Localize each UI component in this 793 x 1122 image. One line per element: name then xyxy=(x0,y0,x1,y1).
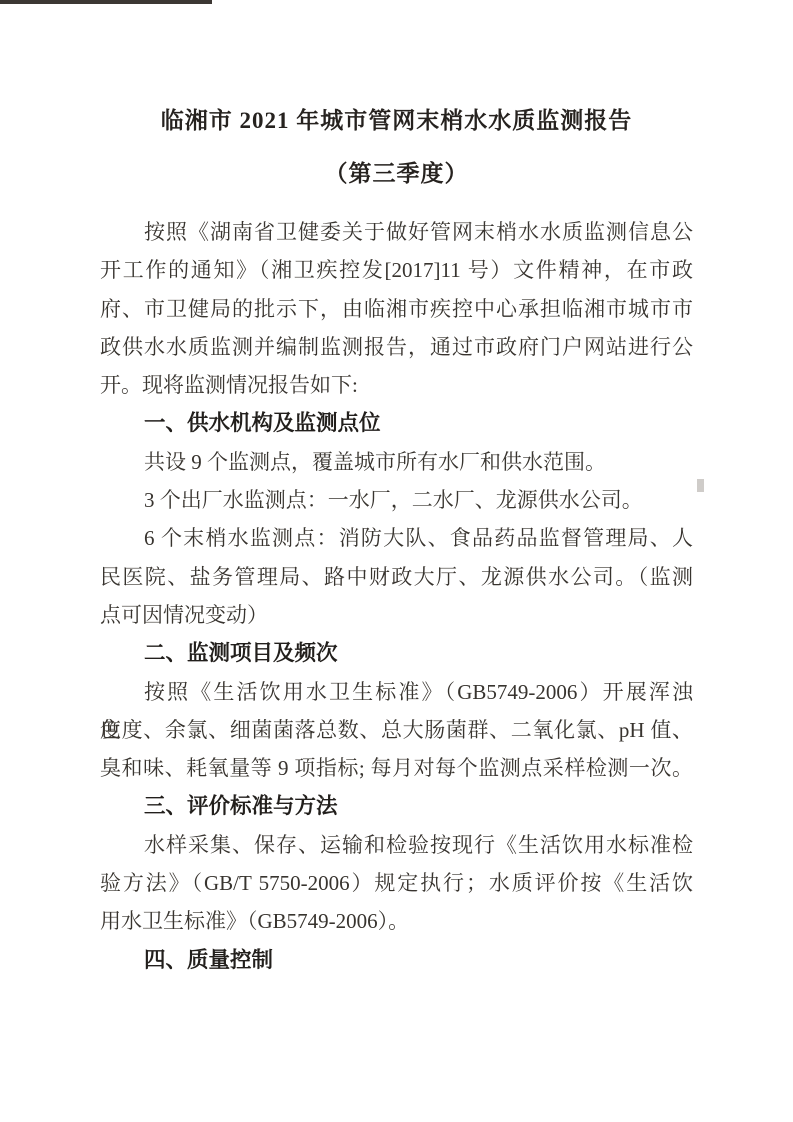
scan-artifact-top-edge xyxy=(0,0,212,4)
paragraph-line: 验方法》（GB/T 5750-2006）规定执行；水质评价按《生活饮 xyxy=(100,864,693,902)
paragraph-line: 3 个出厂水监测点：一水厂，二水厂、龙源供水公司。 xyxy=(100,481,693,519)
section-heading: 三、评价标准与方法 xyxy=(100,787,693,825)
paragraph-line: 开。现将监测情况报告如下: xyxy=(100,366,693,404)
paragraph-line: 臭和味、耗氧量等 9 项指标; 每月对每个监测点采样检测一次。 xyxy=(100,749,693,787)
paragraph-line: 按照《生活饮用水卫生标准》（GB5749-2006）开展浑浊度、 xyxy=(100,673,693,711)
document-subtitle: （第三季度） xyxy=(0,158,793,190)
section-heading: 四、质量控制 xyxy=(100,941,693,979)
paragraph-line: 共设 9 个监测点，覆盖城市所有水厂和供水范围。 xyxy=(100,443,693,481)
document-title: 临湘市 2021 年城市管网末梢水水质监测报告 xyxy=(0,105,793,137)
paragraph-line: 政供水水质监测并编制监测报告，通过市政府门户网站进行公 xyxy=(100,328,693,366)
paragraph-line: 用水卫生标准》（GB5749-2006）。 xyxy=(100,902,693,940)
document-body: 按照《湖南省卫健委关于做好管网末梢水水质监测信息公开工作的通知》（湘卫疾控发[2… xyxy=(100,213,693,979)
scan-artifact-right-margin xyxy=(697,479,704,492)
paragraph-line: 府、市卫健局的批示下，由临湘市疾控中心承担临湘市城市市 xyxy=(100,290,693,328)
paragraph-line: 6 个末梢水监测点：消防大队、食品药品监督管理局、人 xyxy=(100,519,693,557)
paragraph-line: 按照《湖南省卫健委关于做好管网末梢水水质监测信息公 xyxy=(100,213,693,251)
paragraph-line: 点可因情况变动） xyxy=(100,596,693,634)
paragraph-line: 开工作的通知》（湘卫疾控发[2017]11 号）文件精神，在市政 xyxy=(100,251,693,289)
paragraph-line: 色度、余氯、细菌菌落总数、总大肠菌群、二氧化氯、pH 值、 xyxy=(100,711,693,749)
section-heading: 二、监测项目及频次 xyxy=(100,634,693,672)
section-heading: 一、供水机构及监测点位 xyxy=(100,404,693,442)
paragraph-line: 水样采集、保存、运输和检验按现行《生活饮用水标准检 xyxy=(100,826,693,864)
paragraph-line: 民医院、盐务管理局、路中财政大厅、龙源供水公司。（监测 xyxy=(100,558,693,596)
document-page: 临湘市 2021 年城市管网末梢水水质监测报告 （第三季度） 按照《湖南省卫健委… xyxy=(0,0,793,1122)
